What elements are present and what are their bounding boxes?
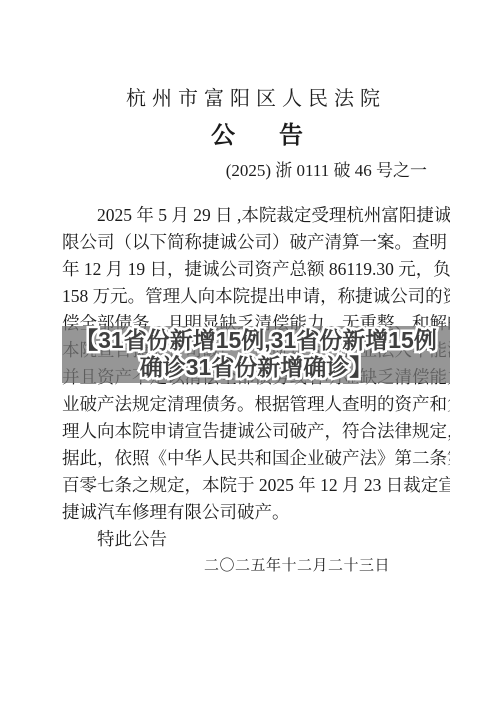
body-line: 年 12 月 19 日，捷诚公司资产总额 86119.30 元，负债总额约 [62,256,450,283]
watermark-line-1: 【31省份新增15例,31省份新增15例 【31省份新增15例,31省份新增15… [62,327,450,354]
body-line: 限公司（以下简称捷诚公司）破产清算一案。查明：截至 2025 [62,229,450,256]
case-number: (2025) 浙 0111 破 46 号之一 [62,156,450,181]
body-line: 理人向本院申请宣告捷诚公司破产，符合法律规定，应予准许。 [62,418,450,445]
closing-line: 特此公告 [62,526,450,553]
body-line: 2025 年 5 月 29 日 ,本院裁定受理杭州富阳捷诚汽车修理有 [62,202,450,229]
document-date: 二〇二五年十二月二十三日 [62,553,450,580]
announcement-page: 杭州市富阳区人民法院 公告 (2025) 浙 0111 破 46 号之一 202… [0,0,500,706]
announcement-body: 2025 年 5 月 29 日 ,本院裁定受理杭州富阳捷诚汽车修理有 限公司（以… [62,202,450,580]
body-line: 158 万元。管理人向本院提出申请，称捷诚公司的资产不足以清 [62,283,450,310]
body-line: 百零七条之规定，本院于 2025 年 12 月 23 日裁定宣告杭州富阳 [62,472,450,499]
watermark-line-1-text: 【31省份新增15例,31省份新增15例 [75,327,437,353]
court-name-heading: 杭州市富阳区人民法院 [62,82,450,111]
body-line: 捷诚汽车修理有限公司破产。 [62,499,450,526]
doc-type-text: 公告 [211,115,347,150]
doc-type-heading: 公告 [62,115,450,150]
body-line: 据此，依照《中华人民共和国企业破产法》第二条第一款和第一 [62,445,450,472]
watermark-line-2: 确诊31省份新增确诊】 确诊31省份新增确诊】 [62,354,450,381]
watermark-overlay: 【31省份新增15例,31省份新增15例 【31省份新增15例,31省份新增15… [62,326,450,383]
body-line: 业破产法规定清理债务。根据管理人查明的资产和负债情况，管 [62,391,450,418]
watermark-line-2-text: 确诊31省份新增确诊】 [140,354,373,380]
